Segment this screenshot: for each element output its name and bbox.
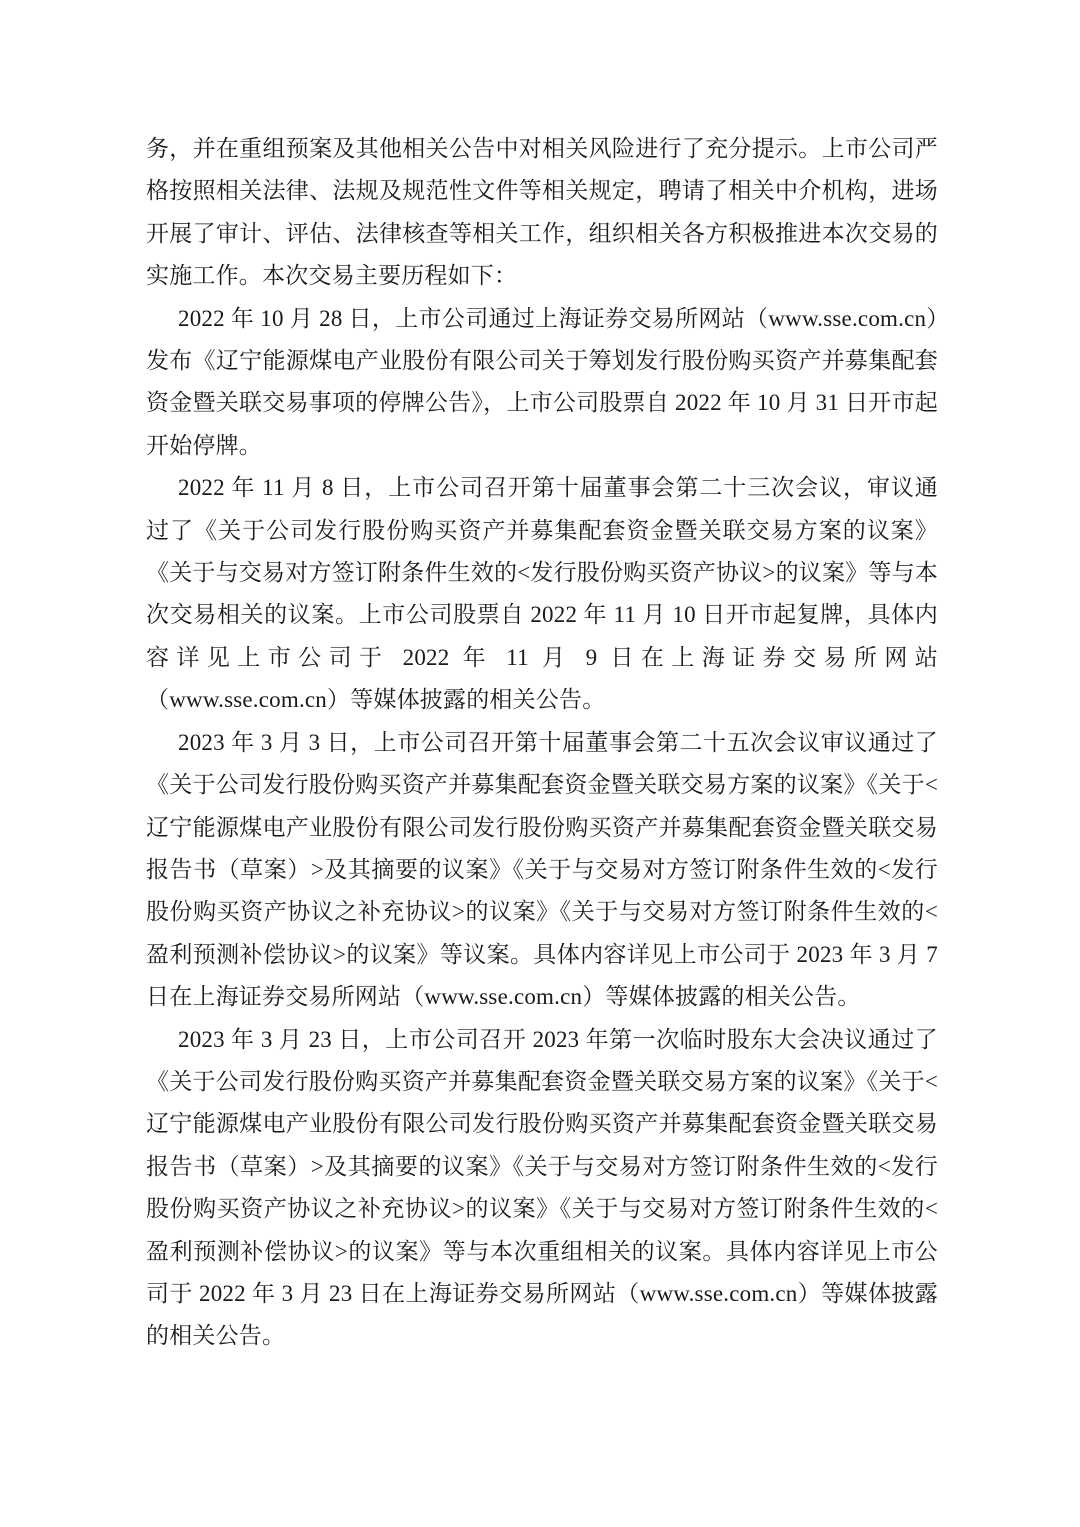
document-body: 务，并在重组预案及其他相关公告中对相关风险进行了充分提示。上市公司严格按照相关法… [146, 128, 938, 1358]
paragraph-continuation: 务，并在重组预案及其他相关公告中对相关风险进行了充分提示。上市公司严格按照相关法… [146, 128, 938, 298]
paragraph-2022-10-28-suspension: 2022 年 10 月 28 日，上市公司通过上海证券交易所网站（www.sse… [146, 298, 938, 468]
paragraph-2023-03-23-shareholder-meeting: 2023 年 3 月 23 日，上市公司召开 2023 年第一次临时股东大会决议… [146, 1019, 938, 1358]
document-page: 务，并在重组预案及其他相关公告中对相关风险进行了充分提示。上市公司严格按照相关法… [0, 0, 1080, 1527]
paragraph-2022-11-08-board-meeting: 2022 年 11 月 8 日，上市公司召开第十届董事会第二十三次会议，审议通过… [146, 467, 938, 721]
paragraph-2023-03-03-board-meeting: 2023 年 3 月 3 日，上市公司召开第十届董事会第二十五次会议审议通过了《… [146, 722, 938, 1019]
